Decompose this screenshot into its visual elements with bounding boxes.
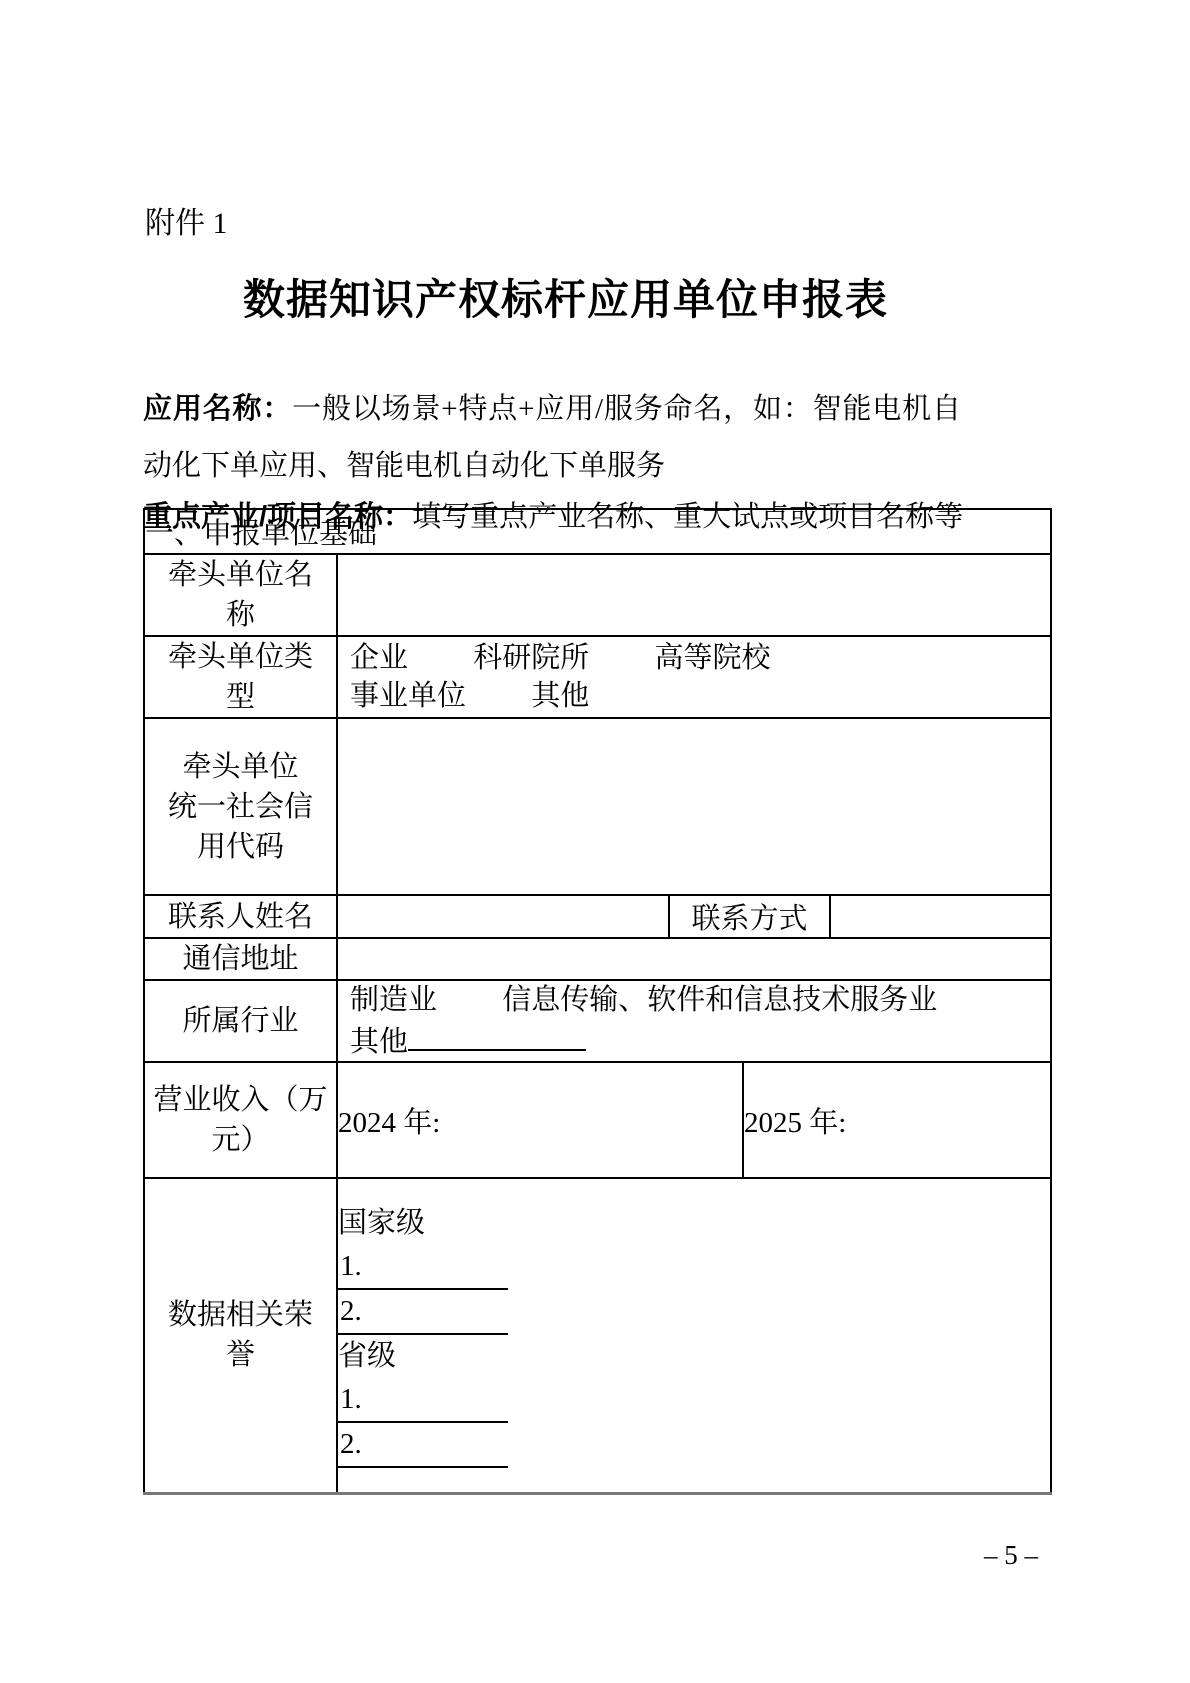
section-title: 一、申报单位基础 <box>144 509 1051 554</box>
section-header-row: 一、申报单位基础 <box>144 509 1051 554</box>
industry-options: 制造业 信息传输、软件和信息技术服务业 其他 <box>337 980 1051 1062</box>
contact-name-label: 联系人姓名 <box>144 895 337 938</box>
honors-provincial-item-2: 2. <box>338 1423 1050 1468</box>
app-name-paragraph: 应用名称：一般以场景+特点+应用/服务命名，如：智能电机自动化下单应用、智能电机… <box>143 381 961 495</box>
honors-provincial-label: 省级 <box>338 1335 1050 1378</box>
honor-blank: 1. <box>338 1378 508 1423</box>
application-form-table: 一、申报单位基础 牵头单位名 称 牵头单位类 型 企业 科研院所 高等院校 事业… <box>143 508 1052 1495</box>
revenue-2025-input: 2025 年: <box>743 1062 1051 1178</box>
attachment-label: 附件 1 <box>145 203 228 245</box>
honors-provincial-item-1: 1. <box>338 1378 1050 1423</box>
industry-options-line2: 其他 <box>338 1019 1050 1061</box>
honors-content: 国家级 1. 2. 省级 1. 2. <box>337 1178 1051 1493</box>
option-enterprise: 企业 <box>350 642 408 674</box>
lead-unit-name-row: 牵头单位名 称 <box>144 554 1051 636</box>
lead-unit-type-row: 牵头单位类 型 企业 科研院所 高等院校 事业单位 其他 <box>144 636 1051 718</box>
type-options-line2: 事业单位 其他 <box>338 677 1050 715</box>
contact-method-input <box>830 895 1051 938</box>
honors-national-item-2: 2. <box>338 1290 1050 1335</box>
type-options-line1: 企业 科研院所 高等院校 <box>338 639 1050 677</box>
option-it-services: 信息传输、软件和信息技术服务业 <box>502 984 937 1016</box>
honors-row: 数据相关荣 誉 国家级 1. 2. 省级 1. 2. <box>144 1178 1051 1493</box>
option-other: 其他 <box>531 680 589 712</box>
honors-national-label: 国家级 <box>338 1202 1050 1245</box>
lead-unit-name-input <box>337 554 1051 636</box>
industry-options-line1: 制造业 信息传输、软件和信息技术服务业 <box>338 981 1050 1019</box>
lead-unit-name-label: 牵头单位名 称 <box>144 554 337 636</box>
credit-code-label: 牵头单位 统一社会信 用代码 <box>144 718 337 895</box>
industry-other-blank <box>408 1019 586 1051</box>
option-industry-other: 其他 <box>350 1026 408 1058</box>
page-number: – 5 – <box>143 1540 1038 1571</box>
lead-unit-type-label: 牵头单位类 型 <box>144 636 337 718</box>
revenue-row: 营业收入（万 元） 2024 年: 2025 年: <box>144 1062 1051 1178</box>
page-title: 数据知识产权标杆应用单位申报表 <box>143 272 988 330</box>
address-label: 通信地址 <box>144 938 337 980</box>
document-page: 附件 1 数据知识产权标杆应用单位申报表 应用名称：一般以场景+特点+应用/服务… <box>0 0 1190 1683</box>
option-research-institute: 科研院所 <box>473 642 589 674</box>
app-name-label: 应用名称： <box>143 393 292 425</box>
honor-blank: 2. <box>338 1423 508 1468</box>
revenue-label: 营业收入（万 元） <box>144 1062 337 1178</box>
contact-row: 联系人姓名 联系方式 <box>144 895 1051 938</box>
credit-code-input <box>337 718 1051 895</box>
honor-blank: 2. <box>338 1290 508 1335</box>
honors-label: 数据相关荣 誉 <box>144 1178 337 1493</box>
option-university: 高等院校 <box>655 642 771 674</box>
contact-name-input <box>337 895 669 938</box>
credit-code-row: 牵头单位 统一社会信 用代码 <box>144 718 1051 895</box>
address-input <box>337 938 1051 980</box>
revenue-2024-input: 2024 年: <box>337 1062 743 1178</box>
honors-national-item-1: 1. <box>338 1245 1050 1290</box>
industry-row: 所属行业 制造业 信息传输、软件和信息技术服务业 其他 <box>144 980 1051 1062</box>
option-public-institution: 事业单位 <box>350 680 466 712</box>
honor-blank: 1. <box>338 1245 508 1290</box>
option-manufacturing: 制造业 <box>350 984 437 1016</box>
lead-unit-type-options: 企业 科研院所 高等院校 事业单位 其他 <box>337 636 1051 718</box>
industry-label: 所属行业 <box>144 980 337 1062</box>
address-row: 通信地址 <box>144 938 1051 980</box>
contact-method-label: 联系方式 <box>669 895 830 938</box>
